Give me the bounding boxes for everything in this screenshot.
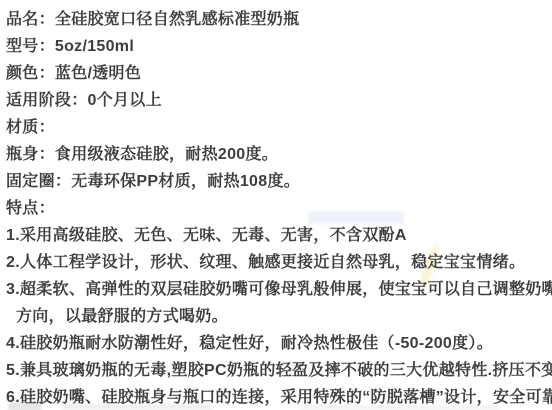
material-fixing-ring: 固定圈：无毒环保PP材质，耐热108度。 [6,168,552,195]
feature-3-continued: 方向，以最舒服的方式喝奶。 [6,303,552,330]
features-heading: 特点： [6,195,552,222]
feature-2: 2.人体工程学设计，形状、纹理、触感更接近自然母乳，稳定宝宝情绪。 [6,249,552,276]
feature-6: 6.硅胶奶嘴、硅胶瓶身与瓶口的连接，采用特殊的“防脱落槽”设计，安全可靠。 [6,384,552,410]
material-heading: 材质： [6,114,552,141]
spec-age-stage: 适用阶段：0个月以上 [6,87,552,114]
feature-4: 4.硅胶奶瓶耐水防潮性好，稳定性好，耐冷热性极佳（-50-200度）。 [6,330,552,357]
feature-3: 3.超柔软、高弹性的双层硅胶奶嘴可像母乳般伸展，使宝宝可以自己调整奶嘴的 [6,276,552,303]
spec-color: 颜色：蓝色/透明色 [6,60,552,87]
product-description-sheet: 品名：全硅胶宽口径自然乳感标准型奶瓶 型号：5oz/150ml 颜色：蓝色/透明… [0,0,552,410]
spec-model: 型号：5oz/150ml [6,33,552,60]
feature-1: 1.采用高级硅胶、无色、无味、无毒、无害，不含双酚A [6,222,552,249]
feature-5: 5.兼具玻璃奶瓶的无毒,塑胶PC奶瓶的轻盈及摔不破的三大优越特性.挤压不变形。 [6,357,552,384]
material-bottle-body: 瓶身：食用级液态硅胶，耐热200度。 [6,141,552,168]
spec-product-name: 品名：全硅胶宽口径自然乳感标准型奶瓶 [6,6,552,33]
